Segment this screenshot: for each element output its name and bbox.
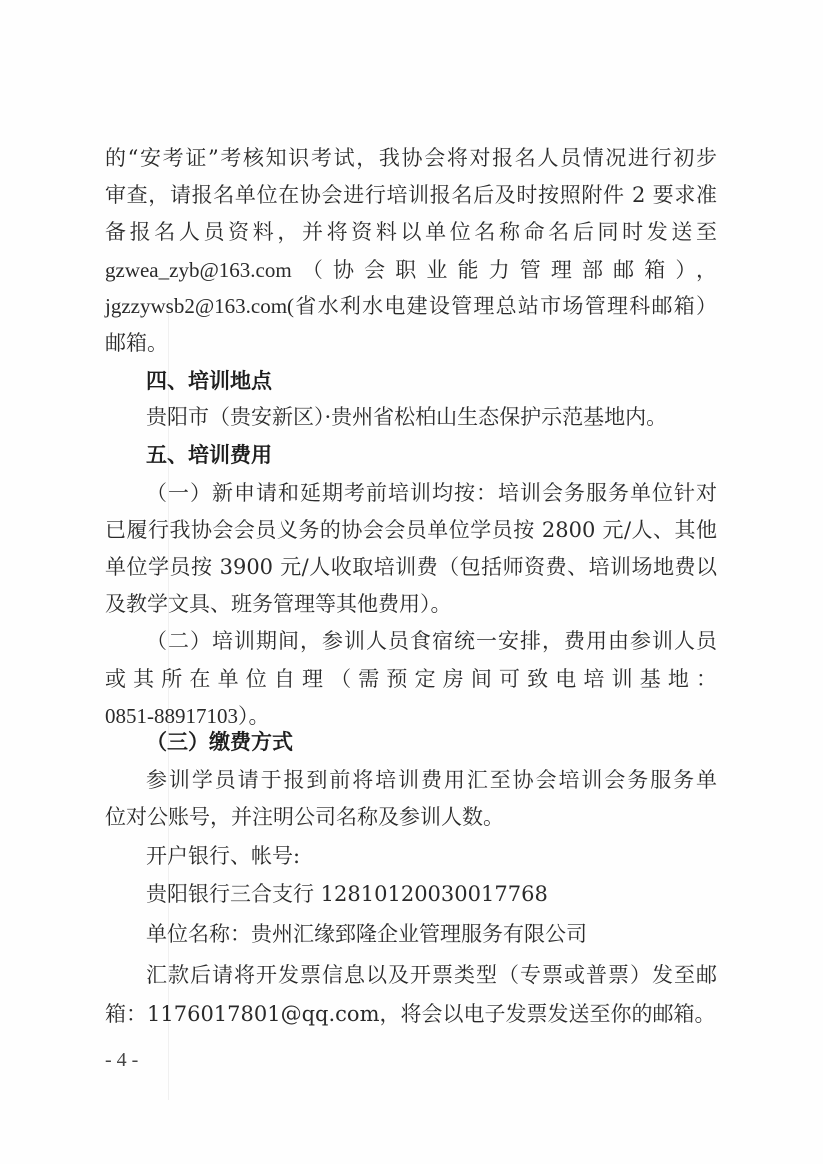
location-text: 贵阳市（贵安新区）·贵州省松柏山生态保护示范基地内。 — [146, 403, 717, 431]
fee-item1-line: （一）新申请和延期考前培训均按：培训会务服务单位针对 — [146, 479, 717, 507]
fee-item2-line: 或其所在单位自理（需预定房间可致电培训基地： — [105, 665, 717, 693]
email-line-association: gzwea_zyb@163.com（协会职业能力管理部邮箱）， — [105, 256, 717, 284]
fee-item1-line: 已履行我协会会员义务的协会会员单位学员按 2800 元/人、其他 — [105, 516, 717, 544]
bank-label: 开户银行、帐号: — [146, 842, 717, 870]
fee-item1-line: 及教学文具、班务管理等其他费用）。 — [105, 590, 717, 618]
paragraph-line: 邮箱。 — [105, 329, 717, 357]
paragraph-line: 审查，请报名单位在协会进行培训报名后及时按照附件 2 要求准 — [105, 181, 717, 209]
invoice-line: 箱：1176017801@qq.com，将会以电子发票发送至你的邮箱。 — [105, 1000, 717, 1028]
section-heading-fees: 五、培训费用 — [146, 441, 717, 469]
invoice-line: 汇款后请将开发票信息以及开票类型（专票或普票）发至邮 — [146, 961, 717, 989]
paragraph-line: 的“安考证”考核知识考试，我协会将对报名人员情况进行初步 — [105, 144, 717, 172]
fee-item2-line: （二）培训期间，参训人员食宿统一安排，费用由参训人员 — [146, 627, 717, 655]
phone-line: 0851-88917103）。 — [105, 702, 717, 730]
payment-line: 位对公账号，并注明公司名称及参训人数。 — [105, 803, 717, 831]
email-line-station: jgzzywsb2@163.com(省水利水电建设管理总站市场管理科邮箱） — [105, 292, 717, 320]
payment-line: 参训学员请于报到前将培训费用汇至协会培训会务服务单 — [146, 766, 717, 794]
bank-account: 贵阳银行三合支行 12810120030017768 — [146, 880, 717, 908]
paragraph-line: 备报名人员资料，并将资料以单位名称命名后同时发送至 — [105, 218, 717, 246]
document-page: 的“安考证”考核知识考试，我协会将对报名人员情况进行初步 审查，请报名单位在协会… — [0, 0, 823, 1164]
section-heading-payment: （三）缴费方式 — [146, 728, 717, 756]
fee-item1-line: 单位学员按 3900 元/人收取培训费（包括师资费、培训场地费以 — [105, 553, 717, 581]
section-heading-location: 四、培训地点 — [146, 367, 717, 395]
unit-name: 单位名称：贵州汇缘郅隆企业管理服务有限公司 — [146, 920, 717, 948]
page-number: - 4 - — [105, 1049, 138, 1072]
